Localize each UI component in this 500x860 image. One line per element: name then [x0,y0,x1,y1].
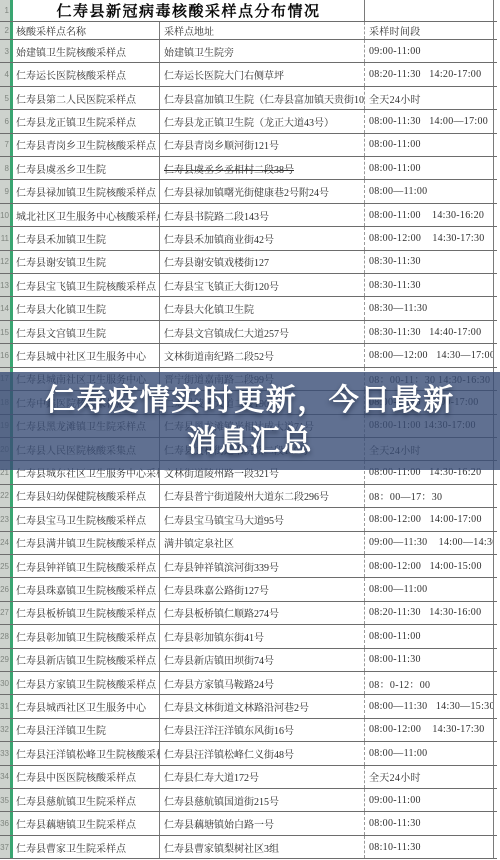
row-number: 10 [0,204,13,226]
banner-headline-line1: 仁寿疫情实时更新，今日最新 [45,380,455,421]
table-row: 26 仁寿县珠嘉镇卫生院核酸采样点 仁寿县珠嘉公路街127号 08:00—11:… [0,578,497,601]
title-row-empty-cell [365,0,494,21]
table-row: 37 仁寿县曹家卫生院采样点 仁寿县曹家镇梨树社区3组 08:10-11:30 [0,836,497,859]
table-row: 11 仁寿县禾加镇卫生院 仁寿县禾加镇商业街42号 08:00-12:00 14… [0,227,497,250]
sampling-time-cell: 08:10-11:30 [365,836,494,858]
table-row: 22 仁寿县妇幼保健院核酸采样点 仁寿县普宁街道陵州大道东二段296号 08：0… [0,485,497,508]
row-number: 11 [0,227,13,249]
site-address-cell: 仁寿县宝飞镇正大街120号 [160,274,365,296]
site-name-cell: 仁寿县青岗乡卫生院核酸采样点 [13,134,160,156]
sampling-time-cell: 08:20-11:30 14:30-16:00 [365,602,494,624]
row-number: 23 [0,508,13,530]
site-address-cell: 仁寿县大化镇卫生院 [160,297,365,319]
sampling-time-cell: 全天24小时 [365,766,494,788]
site-name-cell: 始建镇卫生院核酸采样点 [13,40,160,62]
row-number: 7 [0,134,13,156]
row-number: 4 [0,63,13,85]
page-title: 仁寿县新冠病毒核酸采样点分布情况 [13,0,365,21]
row-number: 3 [0,40,13,62]
site-name-cell: 仁寿县宝马卫生院核酸采样点 [13,508,160,530]
site-address-cell: 仁寿县普宁街道陵州大道东二段296号 [160,485,365,507]
site-address-cell: 仁寿县富加镇卫生院（仁寿县富加镇天贵街104号） [160,87,365,109]
sampling-time-cell: 08:30—11:30 [365,297,494,319]
site-name-cell: 仁寿县藕塘镇卫生院采样点 [13,812,160,834]
table-row: 14 仁寿县大化镇卫生院 仁寿县大化镇卫生院 08:30—11:30 [0,297,497,320]
table-row: 8 仁寿县虞丞乡卫生院 仁寿县虞丞乡丞相村二段38号 08:00-11:00 [0,157,497,180]
row-number: 30 [0,672,13,694]
news-banner-overlay: 仁寿疫情实时更新，今日最新 消息汇总 [0,372,500,470]
site-name-cell: 仁寿县文宫镇卫生院 [13,321,160,343]
table-row: 34 仁寿县中医医院核酸采样点 仁寿县仁寿大道172号 全天24小时 [0,766,497,789]
site-name-cell: 仁寿县满井镇卫生院核酸采样点 [13,532,160,554]
site-address-cell: 仁寿县慈航镇国道街215号 [160,789,365,811]
row-number: 33 [0,742,13,764]
table-row: 23 仁寿县宝马卫生院核酸采样点 仁寿县宝马镇宝马大道95号 08:00-12:… [0,508,497,531]
row-number: 15 [0,321,13,343]
table-row: 24 仁寿县满井镇卫生院核酸采样点 满井镇定泉社区 09:00—11:30 14… [0,532,497,555]
table-row: 9 仁寿县禄加镇卫生院核酸采样点 仁寿县禄加镇曙光街健康巷2号附24号 08:0… [0,180,497,203]
sampling-time-cell: 08:00-12:00 14:00-17:00 [365,508,494,530]
site-address-cell: 仁寿运长医院大门右侧草坪 [160,63,365,85]
site-address-cell: 仁寿县禄加镇曙光街健康巷2号附24号 [160,180,365,202]
sampling-time-cell: 08:00-11:30 14:00—17:00 [365,110,494,132]
row-number: 28 [0,625,13,647]
site-address-cell: 满井镇定泉社区 [160,532,365,554]
site-name-cell: 仁寿县禾加镇卫生院 [13,227,160,249]
site-address-cell: 仁寿县文宫镇成仁大道257号 [160,321,365,343]
site-name-cell: 仁寿县钟祥镇卫生院核酸采样点 [13,555,160,577]
row-number: 25 [0,555,13,577]
table-row: 31 仁寿县城西社区卫生服务中心 仁寿县文林街道文林路沿河巷2号 08:00—1… [0,695,497,718]
sampling-time-cell: 08:00-11:30 [365,649,494,671]
site-address-cell: 仁寿县汪洋镇松峰仁义街48号 [160,742,365,764]
table-row: 10 城北社区卫生服务中心核酸采样点 仁寿县书院路二段143号 08:00-11… [0,204,497,227]
column-header-address: 采样点地址 [160,22,365,39]
sampling-time-cell: 08:30-11:30 [365,274,494,296]
site-address-cell: 仁寿县龙正镇卫生院（龙正大道43号） [160,110,365,132]
row-number: 34 [0,766,13,788]
sampling-time-cell: 08：0-12：00 [365,672,494,694]
sampling-time-cell: 08:00-12:00 14:00-15:00 [365,555,494,577]
sampling-time-cell: 08:00-11:30 [365,812,494,834]
sampling-time-cell: 08:00-11:00 [365,625,494,647]
table-row: 4 仁寿运长医院核酸采样点 仁寿运长医院大门右侧草坪 08:20-11:30 1… [0,63,497,86]
site-address-cell: 仁寿县曹家镇梨树社区3组 [160,836,365,858]
site-name-cell: 仁寿县彰加镇卫生院核酸采样点 [13,625,160,647]
row-number: 12 [0,251,13,273]
sampling-time-cell: 08:00—11:00 [365,742,494,764]
row-number: 5 [0,87,13,109]
column-header-site-name: 核酸采样点名称 [13,22,160,39]
row-number: 35 [0,789,13,811]
table-header-row: 2 核酸采样点名称 采样点地址 采样时间段 [0,22,497,40]
site-address-cell: 仁寿县钟祥镇滨河街339号 [160,555,365,577]
sampling-time-cell: 08:00-11:00 14:30-16:20 [365,204,494,226]
site-address-cell: 仁寿县禾加镇商业街42号 [160,227,365,249]
sampling-time-cell: 08：00—17：30 [365,485,494,507]
table-row: 32 仁寿县汪洋镇卫生院 仁寿县汪洋汪洋镇东风街16号 08:00-12:00 … [0,719,497,742]
row-number: 22 [0,485,13,507]
site-name-cell: 仁寿县谢安镇卫生院 [13,251,160,273]
site-name-cell: 仁寿县板桥镇卫生院核酸采样点 [13,602,160,624]
screenshot-root: 1 仁寿县新冠病毒核酸采样点分布情况 2 核酸采样点名称 采样点地址 采样时间段… [0,0,500,860]
row-number: 9 [0,180,13,202]
table-row: 25 仁寿县钟祥镇卫生院核酸采样点 仁寿县钟祥镇滨河街339号 08:00-12… [0,555,497,578]
site-name-cell: 仁寿县第二人民医院采样点 [13,87,160,109]
site-name-cell: 城北社区卫生服务中心核酸采样点 [13,204,160,226]
table-row: 30 仁寿县方家镇卫生院核酸采样点 仁寿县方家镇马鞍路24号 08：0-12：0… [0,672,497,695]
table-row: 12 仁寿县谢安镇卫生院 仁寿县谢安镇戏楼街127 08:30-11:30 [0,251,497,274]
row-number: 36 [0,812,13,834]
site-address-cell: 仁寿县藕塘镇始白路一号 [160,812,365,834]
row-number: 29 [0,649,13,671]
table-row: 7 仁寿县青岗乡卫生院核酸采样点 仁寿县青岗乡顺河街121号 08:00-11:… [0,134,497,157]
column-header-time: 采样时间段 [365,22,494,39]
sampling-time-cell: 08:00—11:00 [365,578,494,600]
table-row: 13 仁寿县宝飞镇卫生院核酸采样点 仁寿县宝飞镇正大街120号 08:30-11… [0,274,497,297]
site-name-cell: 仁寿县汪洋镇卫生院 [13,719,160,741]
table-row: 16 仁寿县城中社区卫生服务中心 文林街道南纪路二段52号 08:00—12:0… [0,344,497,367]
row-number: 37 [0,836,13,858]
row-number: 1 [0,0,13,21]
table-row: 29 仁寿县新店镇卫生院核酸采样点 仁寿县新店镇田坝街74号 08:00-11:… [0,649,497,672]
site-name-cell: 仁寿运长医院核酸采样点 [13,63,160,85]
table-row: 33 仁寿县汪洋镇松峰卫生院核酸采样点 仁寿县汪洋镇松峰仁义街48号 08:00… [0,742,497,765]
row-number: 31 [0,695,13,717]
site-address-cell: 仁寿县虞丞乡丞相村二段38号 [160,157,365,179]
sampling-time-cell: 08:00-12:00 14:30-17:30 [365,227,494,249]
site-address-cell: 仁寿县仁寿大道172号 [160,766,365,788]
sampling-time-cell: 08:30-11:30 [365,251,494,273]
site-name-cell: 仁寿县方家镇卫生院核酸采样点 [13,672,160,694]
table-row: 6 仁寿县龙正镇卫生院采样点 仁寿县龙正镇卫生院（龙正大道43号） 08:00-… [0,110,497,133]
table-row: 36 仁寿县藕塘镇卫生院采样点 仁寿县藕塘镇始白路一号 08:00-11:30 [0,812,497,835]
site-address-cell: 仁寿县青岗乡顺河街121号 [160,134,365,156]
row-number: 14 [0,297,13,319]
table-row: 35 仁寿县慈航镇卫生院采样点 仁寿县慈航镇国道街215号 09:00-11:0… [0,789,497,812]
sampling-time-cell: 08:00—12:00 14:30—17:00 [365,344,494,366]
sampling-time-cell: 08:30-11:30 14:40-17:00 [365,321,494,343]
site-address-cell: 仁寿县新店镇田坝街74号 [160,649,365,671]
site-name-cell: 仁寿县龙正镇卫生院采样点 [13,110,160,132]
site-name-cell: 仁寿县汪洋镇松峰卫生院核酸采样点 [13,742,160,764]
site-name-cell: 仁寿县禄加镇卫生院核酸采样点 [13,180,160,202]
banner-headline-line2: 消息汇总 [187,421,313,462]
site-address-cell: 仁寿县珠嘉公路街127号 [160,578,365,600]
site-address-cell: 仁寿县彰加镇东街41号 [160,625,365,647]
site-name-cell: 仁寿县城西社区卫生服务中心 [13,695,160,717]
sampling-time-cell: 08:00—11:00 [365,180,494,202]
table-row: 28 仁寿县彰加镇卫生院核酸采样点 仁寿县彰加镇东街41号 08:00-11:0… [0,625,497,648]
site-address-cell: 仁寿县书院路二段143号 [160,204,365,226]
site-name-cell: 仁寿县宝飞镇卫生院核酸采样点 [13,274,160,296]
sampling-time-cell: 08:00—11:30 14:30—15:30 [365,695,494,717]
site-name-cell: 仁寿县曹家卫生院采样点 [13,836,160,858]
sampling-time-cell: 09:00-11:00 [365,40,494,62]
row-number: 32 [0,719,13,741]
sampling-time-cell: 09:00—11:30 14:00—14:30 [365,532,494,554]
sampling-time-cell: 全天24小时 [365,87,494,109]
row-number: 26 [0,578,13,600]
site-name-cell: 仁寿县妇幼保健院核酸采样点 [13,485,160,507]
row-number: 27 [0,602,13,624]
site-name-cell: 仁寿县慈航镇卫生院采样点 [13,789,160,811]
row-number: 2 [0,22,13,39]
row-number: 6 [0,110,13,132]
site-address-cell: 仁寿县板桥镇仁顺路274号 [160,602,365,624]
sampling-time-cell: 08:00-12:00 14:30-17:30 [365,719,494,741]
table-row: 27 仁寿县板桥镇卫生院核酸采样点 仁寿县板桥镇仁顺路274号 08:20-11… [0,602,497,625]
sampling-time-cell: 08:00-11:00 [365,157,494,179]
site-name-cell: 仁寿县虞丞乡卫生院 [13,157,160,179]
site-name-cell: 仁寿县新店镇卫生院核酸采样点 [13,649,160,671]
row-number: 24 [0,532,13,554]
row-number: 16 [0,344,13,366]
sampling-time-cell: 09:00-11:00 [365,789,494,811]
site-address-cell: 仁寿县文林街道文林路沿河巷2号 [160,695,365,717]
site-name-cell: 仁寿县中医医院核酸采样点 [13,766,160,788]
site-address-cell: 文林街道南纪路二段52号 [160,344,365,366]
site-name-cell: 仁寿县城中社区卫生服务中心 [13,344,160,366]
site-address-cell: 仁寿县谢安镇戏楼街127 [160,251,365,273]
table-row: 5 仁寿县第二人民医院采样点 仁寿县富加镇卫生院（仁寿县富加镇天贵街104号） … [0,87,497,110]
site-address-cell: 始建镇卫生院旁 [160,40,365,62]
table-row: 3 始建镇卫生院核酸采样点 始建镇卫生院旁 09:00-11:00 [0,40,497,63]
site-name-cell: 仁寿县珠嘉镇卫生院核酸采样点 [13,578,160,600]
site-address-cell: 仁寿县宝马镇宝马大道95号 [160,508,365,530]
sampling-time-cell: 08:00-11:00 [365,134,494,156]
table-title-row: 1 仁寿县新冠病毒核酸采样点分布情况 [0,0,497,22]
site-address-cell: 仁寿县汪洋汪洋镇东风街16号 [160,719,365,741]
site-address-cell: 仁寿县方家镇马鞍路24号 [160,672,365,694]
row-number: 13 [0,274,13,296]
row-number: 8 [0,157,13,179]
site-name-cell: 仁寿县大化镇卫生院 [13,297,160,319]
table-row: 15 仁寿县文宫镇卫生院 仁寿县文宫镇成仁大道257号 08:30-11:30 … [0,321,497,344]
sampling-time-cell: 08:20-11:30 14:20-17:00 [365,63,494,85]
